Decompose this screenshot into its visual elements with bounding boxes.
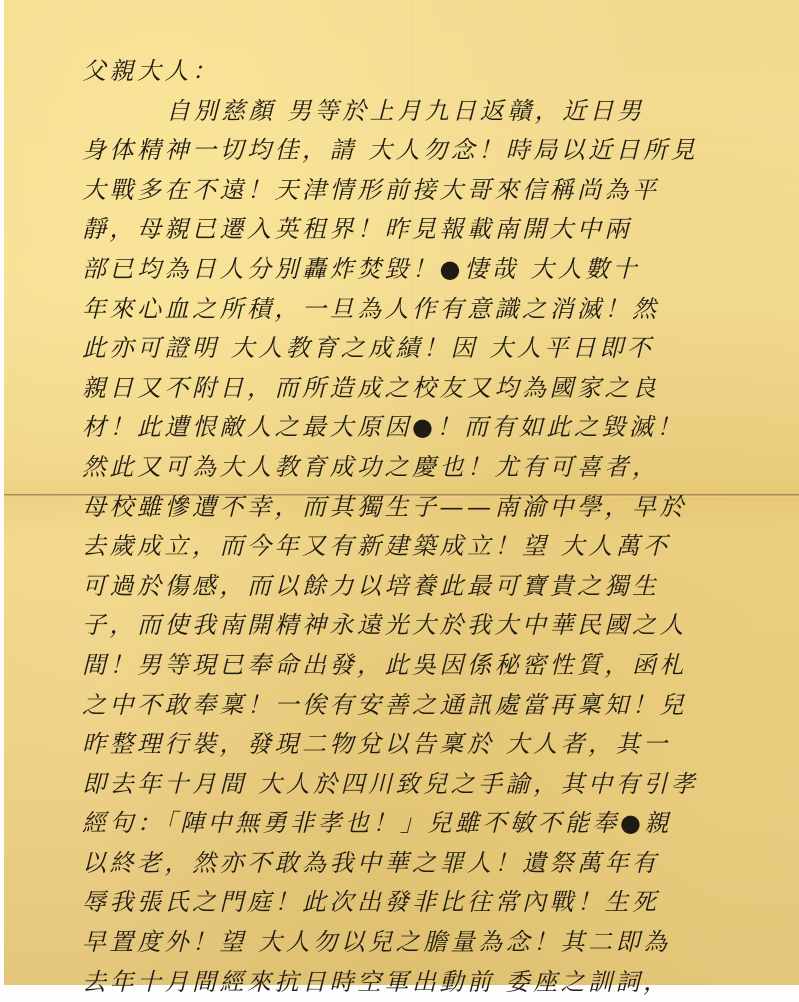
letter-line: 以終老，然亦不敢為我中華之罪人！遺祭萬年有 (82, 844, 772, 884)
letter-line: 母校雖慘遭不幸，而其獨生子——南渝中學，早於 (82, 488, 772, 528)
letter-line: 去年十月間經來抗日時空軍出動前 委座之訓詞， (82, 963, 772, 989)
letter-line: 辱我張氏之門庭！此次出發非比往常內戰！生死 (82, 883, 772, 923)
letter-line: 子，而使我南開精神永遠光大於我大中華民國之人 (82, 606, 772, 646)
letter-line: 親日又不附日，而所造成之校友又均為國家之良 (82, 369, 772, 409)
letter-line: 材！此遭恨敵人之最大原因●！而有如此之毀滅！ (82, 408, 772, 448)
letter-line: 靜，母親已遷入英租界！昨見報載南開大中兩 (82, 210, 772, 250)
letter-line: 年來心血之所積，一旦為人作有意識之消滅！然 (82, 290, 772, 330)
letter-line: 即去年十月間 大人於四川致兒之手諭，其中有引孝 (82, 765, 772, 805)
letter-body: 父親大人： 自別慈顏 男等於上月九日返贛，近日男 身体精神一切均佳，請 大人勿念… (82, 52, 772, 989)
letter-line: 可過於傷感，而以餘力以培養此最可寶貴之獨生 (82, 567, 772, 607)
letter-line: 此亦可證明 大人教育之成績！因 大人平日即不 (82, 329, 772, 369)
letter-line: 早置度外！望 大人勿以兒之膽量為念！其二即為 (82, 923, 772, 963)
letter-line: 昨整理行裝，發現二物兌以告稟於 大人者，其一 (82, 725, 772, 765)
letter-line: 然此又可為大人教育成功之慶也！尤有可喜者， (82, 448, 772, 488)
letter-line: 部已均為日人分別轟炸焚毀！●悽哉 大人數十 (82, 250, 772, 290)
letter-line: 間！男等現已奉命出發，此吳因係秘密性質，函札 (82, 646, 772, 686)
letter-line: 之中不敢奉稟！一俟有安善之通訊處當再稟知！兒 (82, 686, 772, 726)
letter-line: 身体精神一切均佳，請 大人勿念！時局以近日所見 (82, 131, 772, 171)
letter-line: 自別慈顏 男等於上月九日返贛，近日男 (82, 92, 772, 132)
letter-line: 去歲成立，而今年又有新建築成立！望 大人萬不 (82, 527, 772, 567)
letter-line: 經句：「陣中無勇非孝也！」兒雖不敏不能奉●親 (82, 804, 772, 844)
salutation: 父親大人： (82, 52, 772, 92)
letter-line: 大戰多在不遠！天津情形前接大哥來信稱尚為平 (82, 171, 772, 211)
